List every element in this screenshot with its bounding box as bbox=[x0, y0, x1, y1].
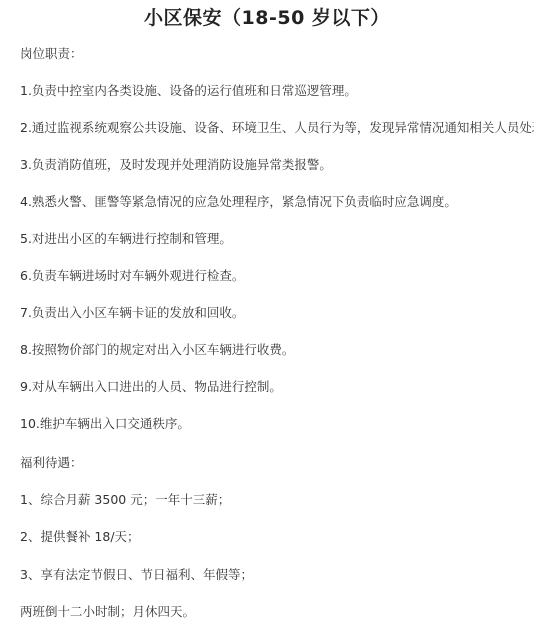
benefits-heading: 福利待遇： bbox=[20, 454, 83, 472]
duties-heading: 岗位职责： bbox=[20, 45, 83, 63]
duty-item: 2.通过监视系统观察公共设施、设备、环境卫生、人员行为等，发现异常情况通知相关人… bbox=[20, 119, 534, 137]
duty-item: 5.对进出小区的车辆进行控制和管理。 bbox=[20, 230, 232, 248]
duty-item: 1.负责中控室内各类设施、设备的运行值班和日常巡逻管理。 bbox=[20, 82, 357, 100]
duty-item: 3.负责消防值班，及时发现并处理消防设施异常类报警。 bbox=[20, 156, 332, 174]
duty-item: 6.负责车辆进场时对车辆外观进行检查。 bbox=[20, 267, 244, 285]
benefit-item: 3、享有法定节假日、节日福利、年假等； bbox=[20, 566, 253, 584]
duty-item: 4.熟悉火警、匪警等紧急情况的应急处理程序，紧急情况下负责临时应急调度。 bbox=[20, 193, 457, 211]
benefit-item: 2、提供餐补 18/天； bbox=[20, 528, 140, 546]
job-posting-document: 小区保安（18-50 岁以下） 岗位职责： 1.负责中控室内各类设施、设备的运行… bbox=[0, 0, 534, 643]
duty-item: 8.按照物价部门的规定对出入小区车辆进行收费。 bbox=[20, 341, 294, 359]
work-schedule: 两班倒十二小时制；月休四天。 bbox=[20, 603, 195, 621]
page-title: 小区保安（18-50 岁以下） bbox=[0, 4, 534, 32]
duty-item: 7.负责出入小区车辆卡证的发放和回收。 bbox=[20, 304, 244, 322]
benefit-item: 1、综合月薪 3500 元；一年十三薪； bbox=[20, 491, 230, 509]
duty-item: 10.维护车辆出入口交通秩序。 bbox=[20, 415, 190, 433]
duty-item: 9.对从车辆出入口进出的人员、物品进行控制。 bbox=[20, 378, 282, 396]
